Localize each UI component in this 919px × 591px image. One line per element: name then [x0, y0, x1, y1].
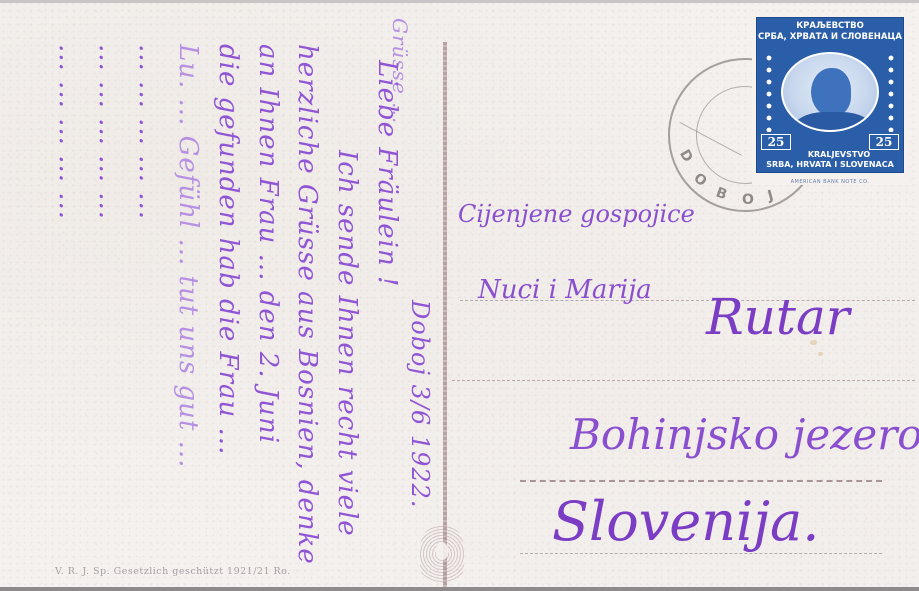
address-salutation: Cijenjene gospojice: [458, 200, 695, 228]
stamp-portrait: [781, 52, 879, 132]
address-country: Slovenija.: [552, 490, 819, 553]
center-divider: [443, 42, 447, 590]
stamp-face: КРАЉЕВСТВО СРБА, ХРВАТА И СЛОВЕНАЦА 25 2…: [756, 17, 904, 173]
message-line: ... ... ... ... ...: [133, 44, 163, 220]
postage-stamp: КРАЉЕВСТВО СРБА, ХРВАТА И СЛОВЕНАЦА 25 2…: [752, 13, 908, 185]
publisher-imprint: V. R. J. Sp. Gesetzlich geschützt 1921/2…: [55, 566, 291, 577]
message-line: Lu. ... Gefühl ... tut uns gut ...: [173, 44, 203, 468]
message-line: die gefunden hab die Frau ...: [213, 44, 243, 455]
message-line: Liebe Fräulein !: [372, 60, 402, 287]
postmark-letter: D: [676, 147, 696, 165]
postmark-letter: B: [714, 185, 730, 204]
stamp-ornament-right: [883, 52, 899, 132]
stamp-denomination-left: 25: [761, 134, 791, 150]
stamp-latin-line1: KRALJEVSTVO: [757, 150, 903, 160]
postcard: Grüsse ... Liebe Fräulein ! Ich sende Ih…: [0, 0, 919, 591]
stamp-cyrillic-line1: КРАЉЕВСТВО: [757, 21, 903, 32]
message-line: ... ... ... ... ...: [53, 44, 83, 220]
portrait-head: [811, 68, 851, 116]
address-surname: Rutar: [706, 288, 850, 346]
postmark-letter: J: [766, 188, 775, 205]
message-line: ... ... ... ... ...: [93, 44, 123, 220]
stamp-latin-footer: KRALJEVSTVO SRBA, HRVATA I SLOVENACA: [757, 150, 903, 170]
message-line: Ich sende Ihnen recht viele: [332, 150, 362, 537]
address-place: Bohinjsko jezero: [570, 410, 919, 459]
stamp-printer-imprint: AMERICAN BANK NOTE CO.: [752, 179, 908, 185]
portrait-uniform: [791, 112, 875, 132]
paper-stain: [818, 352, 823, 356]
postmark-letter: O: [742, 192, 754, 208]
card-bottom-edge: [0, 587, 919, 591]
stamp-latin-line2: SRBA, HRVATA I SLOVENACA: [766, 160, 894, 169]
address-line-4: [520, 553, 882, 554]
message-line: herzliche Grüsse aus Bosnien, denke: [292, 44, 322, 565]
stamp-cyrillic-line2: СРБА, ХРВАТА И СЛОВЕНАЦА: [757, 32, 903, 43]
paper-stain: [810, 340, 817, 345]
message-line: an Ihnen Frau ... den 2. Juni: [253, 44, 283, 444]
signature-date: Doboj 3/6 1922.: [406, 300, 434, 509]
publisher-emblem-icon: [420, 526, 464, 582]
message-area: Grüsse ... Liebe Fräulein ! Ich sende Ih…: [0, 0, 440, 591]
address-line-3: [520, 480, 882, 482]
address-names: Nuci i Marija: [478, 275, 652, 305]
postmark-letter: O: [690, 170, 709, 190]
stamp-cyrillic-header: КРАЉЕВСТВО СРБА, ХРВАТА И СЛОВЕНАЦА: [757, 21, 903, 43]
stamp-denomination-right: 25: [869, 134, 899, 150]
stamp-ornament-left: [761, 52, 777, 132]
address-line-2: [452, 380, 915, 381]
